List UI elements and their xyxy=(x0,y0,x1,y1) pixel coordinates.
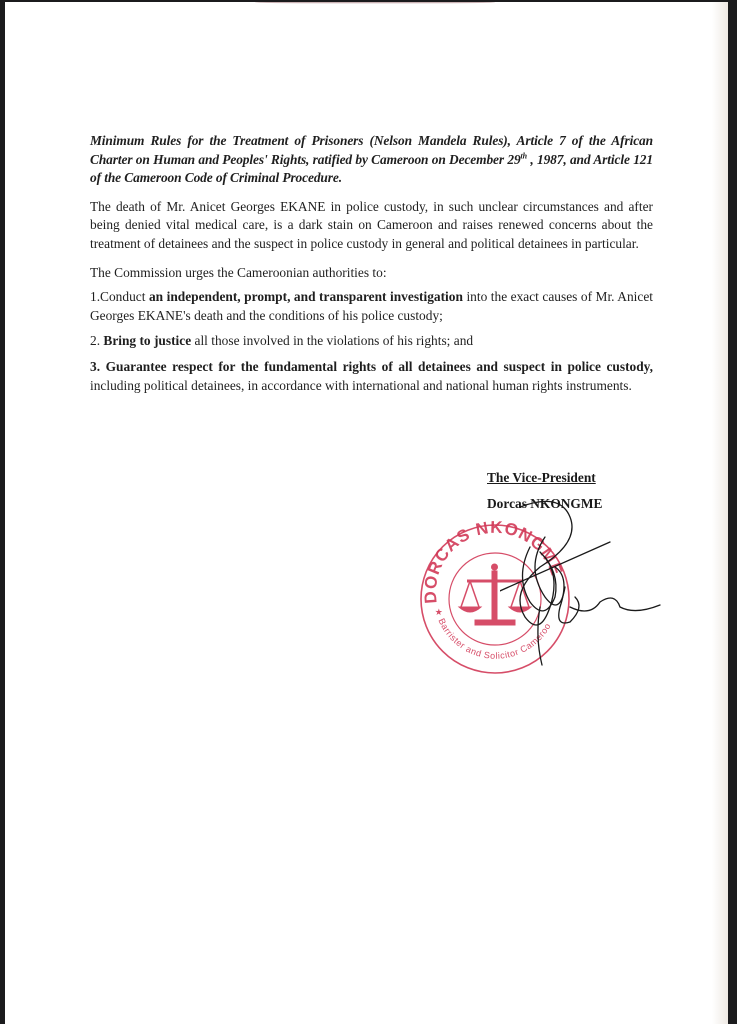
item-number: 1. xyxy=(90,289,100,304)
item-number: 3. xyxy=(90,359,106,374)
document-viewer: Minimum Rules for the Treatment of Priso… xyxy=(0,0,737,1024)
item-emphasis: Bring to justice xyxy=(103,333,191,348)
signatory-title: The Vice-President xyxy=(487,470,602,486)
scan-edge-shadow xyxy=(255,2,495,4)
commission-intro: The Commission urges the Cameroonian aut… xyxy=(90,264,653,283)
item-text: including political detainees, in accord… xyxy=(90,378,632,393)
death-statement-paragraph: The death of Mr. Anicet Georges EKANE in… xyxy=(90,198,653,254)
legal-basis-paragraph: Minimum Rules for the Treatment of Priso… xyxy=(90,132,653,188)
item-emphasis: an independent, prompt, and transparent … xyxy=(149,289,463,304)
recommendation-3: 3. Guarantee respect for the fundamental… xyxy=(90,358,653,395)
item-lead: Conduct xyxy=(100,289,149,304)
document-page: Minimum Rules for the Treatment of Priso… xyxy=(5,2,728,1024)
handwritten-signature-icon xyxy=(500,497,670,667)
document-body: Minimum Rules for the Treatment of Priso… xyxy=(90,132,653,402)
item-text: all those involved in the violations of … xyxy=(191,333,473,348)
item-emphasis: Guarantee respect for the fundamental ri… xyxy=(106,359,653,374)
item-number: 2. xyxy=(90,333,103,348)
recommendation-2: 2. Bring to justice all those involved i… xyxy=(90,332,653,351)
recommendation-1: 1.Conduct an independent, prompt, and tr… xyxy=(90,288,653,325)
scan-edge-right xyxy=(712,2,728,1024)
